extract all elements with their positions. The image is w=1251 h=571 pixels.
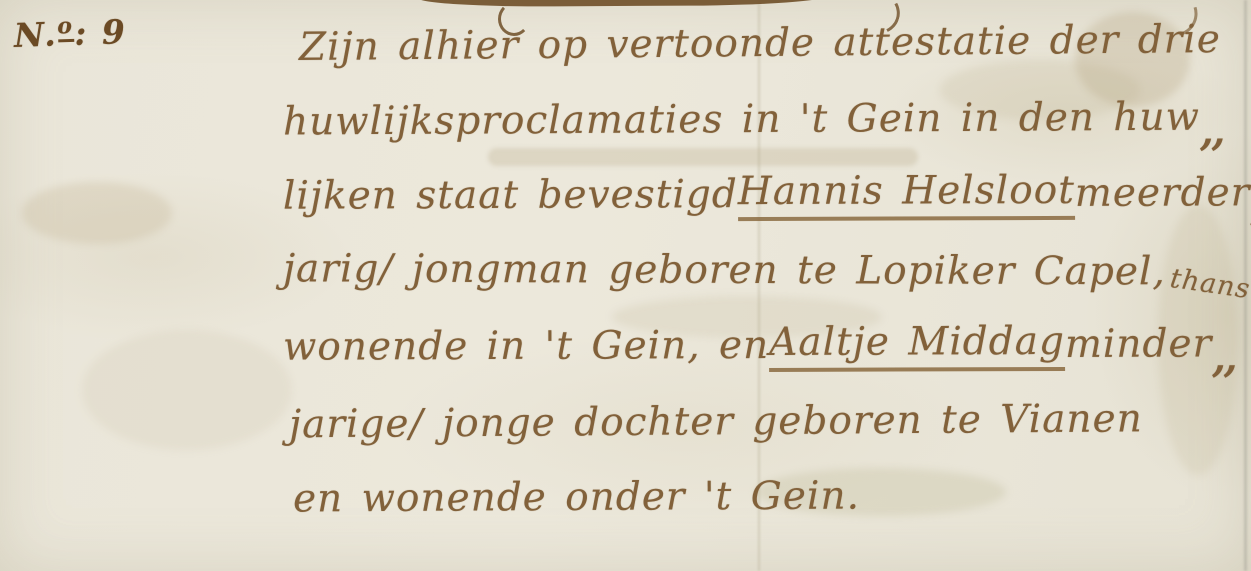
entry-number: N.o: 9 bbox=[13, 12, 127, 55]
manuscript-line: Zijn alhier op vertoonde attestatie der … bbox=[283, 2, 1244, 86]
interlinear-word: thans bbox=[1168, 263, 1251, 305]
bride-name: Aaltje Middag bbox=[769, 319, 1065, 372]
hyphenation-mark: ,, bbox=[1200, 108, 1223, 154]
entry-number-prefix: N. bbox=[13, 14, 58, 54]
line-text: lijken staat bevestigd bbox=[283, 172, 738, 219]
manuscript-line: jarig/ jongman geboren te Lopiker Capel,… bbox=[283, 231, 1243, 310]
line-text: en wonende onder 't Gein. bbox=[293, 474, 860, 522]
line-text: huwlijksproclamaties in 't Gein in den h… bbox=[283, 94, 1200, 144]
line-text: jarig/ jongman geboren te Lopiker Capel, bbox=[283, 246, 1166, 294]
line-text: Zijn alhier op vertoonde attestatie der … bbox=[299, 17, 1221, 70]
line-text: jarige/ jonge dochter geboren te Vianen bbox=[289, 396, 1143, 447]
manuscript-line: en wonende onder 't Gein. bbox=[283, 456, 1243, 537]
line-text: minder bbox=[1065, 322, 1212, 368]
entry-number-superscript: o bbox=[57, 13, 75, 43]
manuscript-page: N.o: 9 Zijn alhier op vertoonde attestat… bbox=[0, 0, 1251, 571]
ink-bleedthrough-ghost bbox=[82, 330, 292, 450]
line-text: meerder bbox=[1075, 171, 1251, 217]
hyphenation-mark: ,, bbox=[1212, 335, 1235, 381]
manuscript-line: huwlijksproclamaties in 't Gein in den h… bbox=[283, 79, 1243, 160]
ink-bleedthrough-ghost bbox=[22, 182, 172, 244]
entry-number-suffix: : 9 bbox=[74, 12, 128, 53]
manuscript-line: lijken staat bevestigd Hannis Helsloot m… bbox=[283, 155, 1243, 234]
entry-text-block: Zijn alhier op vertoonde attestatie der … bbox=[283, 6, 1243, 535]
line-text: wonende in 't Gein, en bbox=[283, 323, 769, 370]
manuscript-line: wonende in 't Gein, en Aaltje Middag min… bbox=[283, 306, 1243, 385]
groom-name: Hannis Helsloot bbox=[738, 168, 1075, 221]
manuscript-line: jarige/ jonge dochter geboren te Vianen bbox=[283, 380, 1244, 462]
